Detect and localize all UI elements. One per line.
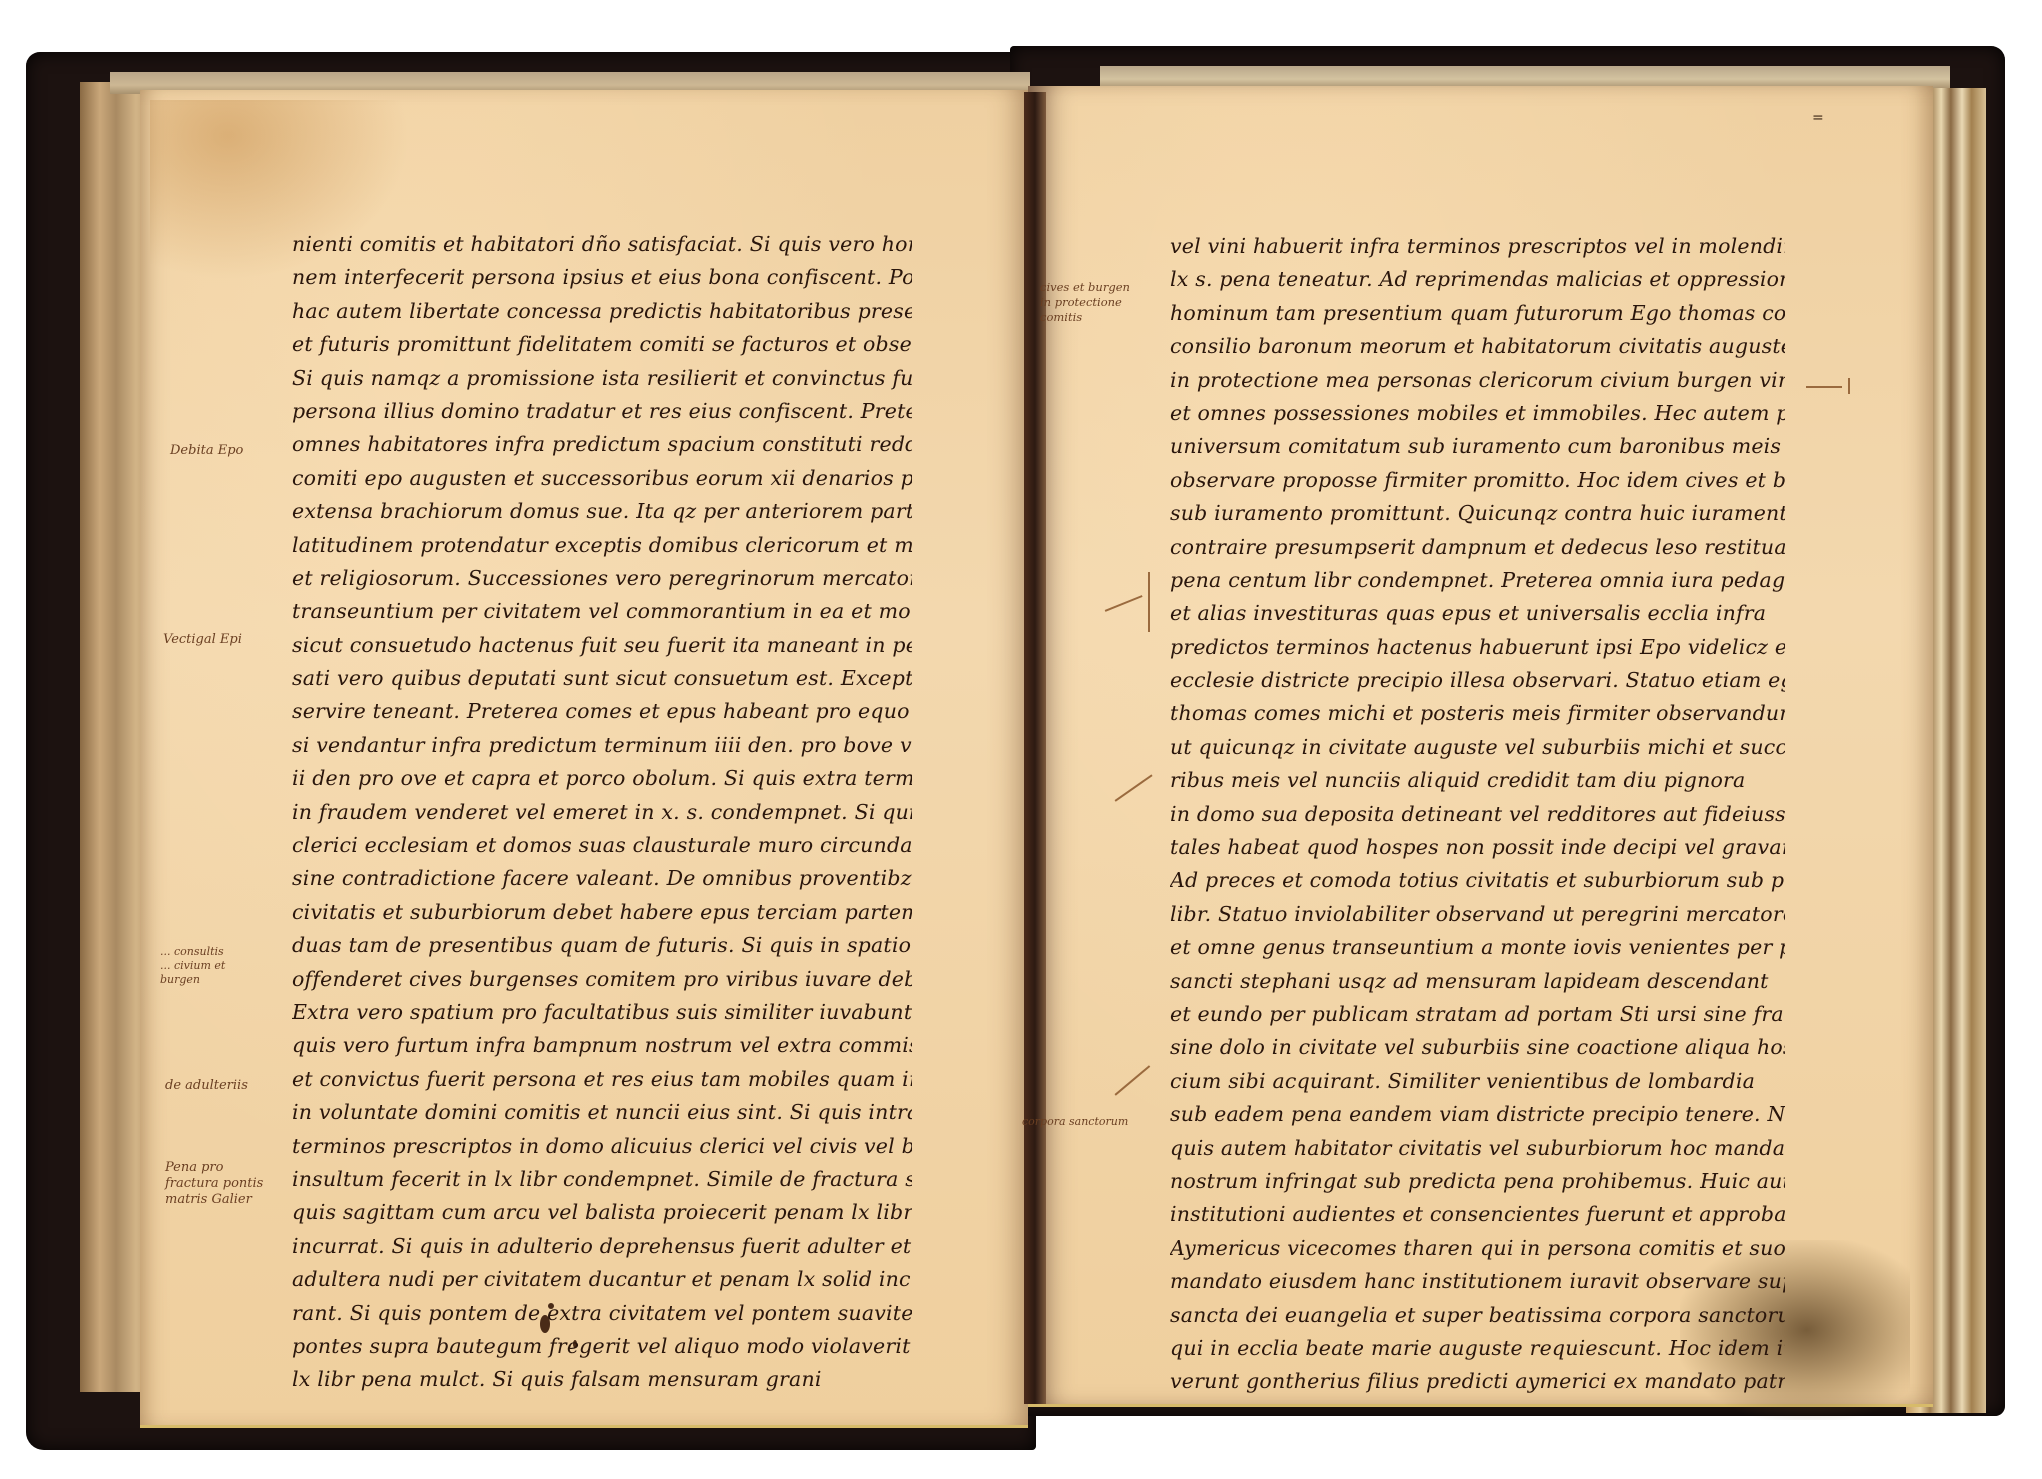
text-line: tales habeat quod hospes non possit inde… [1170,831,1785,864]
text-line: sine dolo in civitate vel suburbiis sine… [1170,1031,1785,1064]
text-line: extensa brachiorum domus sue. Ita qz per… [292,495,912,528]
text-line: lx libr pena mulct. Si quis falsam mensu… [292,1363,912,1396]
margin-note-pena-pro-fractura: Pena pro fractura pontis matris Galier [165,1160,263,1208]
text-line: et futuris promittunt fidelitatem comiti… [292,328,912,361]
text-line: transeuntium per civitatem vel commorant… [292,595,912,628]
text-line: persona illius domino tradatur et res ei… [292,395,912,428]
text-line: libr. Statuo inviolabiliter observand ut… [1170,898,1785,931]
text-line: Aymericus vicecomes tharen qui in person… [1170,1232,1785,1265]
text-line: sine contradictione facere valeant. De o… [292,862,912,895]
text-line: sancti stephani usqz ad mensuram lapidea… [1170,965,1785,998]
text-line: latitudinem protendatur exceptis domibus… [292,529,912,562]
text-line: in voluntate domini comitis et nuncii ei… [292,1096,912,1129]
right-page-text: vel vini habuerit infra terminos prescri… [1170,230,1785,1399]
text-line: vel vini habuerit infra terminos prescri… [1170,230,1785,263]
margin-pen-mark [1848,378,1850,394]
text-line: incurrat. Si quis in adulterio deprehens… [292,1230,912,1263]
text-line: sub iuramento promittunt. Quicunqz contr… [1170,497,1785,530]
margin-note-burgen: ... consultis ... civium et burgen [160,945,225,987]
text-line: in fraudem venderet vel emeret in x. s. … [292,796,912,829]
text-line: Extra vero spatium pro facultatibus suis… [292,996,912,1029]
text-line: nem interfecerit persona ipsius et eius … [292,261,912,294]
text-line: qui in ecclia beate marie auguste requie… [1170,1332,1785,1365]
text-line: comiti epo augusten et successoribus eor… [292,462,912,495]
text-line: nienti comitis et habitatori dño satisfa… [292,228,912,261]
text-line: quis vero furtum infra bampnum nostrum v… [292,1029,912,1062]
text-line: quis autem habitator civitatis vel subur… [1170,1132,1785,1165]
text-line: clerici ecclesiam et domos suas claustur… [292,829,912,862]
text-line: cium sibi acquirant. Similiter venientib… [1170,1065,1785,1098]
text-line: et alias investituras quas epus et unive… [1170,597,1785,630]
text-line: institutioni audientes et consencientes … [1170,1198,1785,1231]
margin-pen-mark [1806,386,1842,388]
left-page-text: nienti comitis et habitatori dño satisfa… [292,228,912,1397]
page-edges-top-right [1100,66,1950,88]
text-line: thomas comes michi et posteris meis firm… [1170,697,1785,730]
text-line: ut quicunqz in civitate auguste vel subu… [1170,731,1785,764]
text-line: pontes supra bautegum fregerit vel aliqu… [292,1330,912,1363]
text-line: rant. Si quis pontem de extra civitatem … [292,1297,912,1330]
text-line: consilio baronum meorum et habitatorum c… [1170,330,1785,363]
text-line: pena centum libr condempnet. Preterea om… [1170,564,1785,597]
text-line: sicut consuetudo hactenus fuit seu fueri… [292,629,912,662]
text-line: et omne genus transeuntium a monte iovis… [1170,931,1785,964]
text-line: contraire presumpserit dampnum et dedecu… [1170,531,1785,564]
text-line: hac autem libertate concessa predictis h… [292,295,912,328]
text-line: si vendantur infra predictum terminum ii… [292,729,912,762]
text-line: sub eadem pena eandem viam districte pre… [1170,1098,1785,1131]
text-line: duas tam de presentibus quam de futuris.… [292,929,912,962]
margin-note-debita: Debita Epo [170,443,243,459]
margin-note-protectione: cives et burgen in protectione comitis [1040,280,1130,325]
margin-bracket [1148,572,1150,632]
text-line: insultum fecerit in lx libr condempnet. … [292,1163,912,1196]
text-line: observare proposse firmiter promitto. Ho… [1170,464,1785,497]
text-line: et omnes possessiones mobiles et immobil… [1170,397,1785,430]
text-line: nostrum infringat sub predicta pena proh… [1170,1165,1785,1198]
text-line: omnes habitatores infra predictum spaciu… [292,428,912,461]
text-line: adultera nudi per civitatem ducantur et … [292,1263,912,1296]
text-line: ribus meis vel nunciis aliquid credidit … [1170,764,1785,797]
text-line: in domo sua deposita detineant vel reddi… [1170,798,1785,831]
text-line: mandato eiusdem hanc institutionem iurav… [1170,1265,1785,1298]
text-line: et religiosorum. Successiones vero pereg… [292,562,912,595]
text-line: ecclesie districte precipio illesa obser… [1170,664,1785,697]
margin-note-vectigal: Vectigal Epi [163,632,242,648]
text-line: verunt gontherius filius predicti aymeri… [1170,1365,1785,1398]
text-line: terminos prescriptos in domo alicuius cl… [292,1130,912,1163]
text-line: civitatis et suburbiorum debet habere ep… [292,896,912,929]
text-line: Si quis namqz a promissione ista resilie… [292,362,912,395]
text-line: sati vero quibus deputati sunt sicut con… [292,662,912,695]
margin-note-corpora-sanctorum: corpora sanctorum [1022,1114,1128,1130]
margin-note-adulteriis: de adulteriis [165,1078,248,1094]
text-line: Ad preces et comoda totius civitatis et … [1170,864,1785,897]
text-line: sancta dei euangelia et super beatissima… [1170,1299,1785,1332]
text-line: quis sagittam cum arcu vel balista proie… [292,1196,912,1229]
text-line: hominum tam presentium quam futurorum Eg… [1170,297,1785,330]
text-line: et convictus fuerit persona et res eius … [292,1063,912,1096]
text-line: et eundo per publicam stratam ad portam … [1170,998,1785,1031]
text-line: servire teneant. Preterea comes et epus … [292,695,912,728]
text-line: offenderet cives burgenses comitem pro v… [292,963,912,996]
text-line: predictos terminos hactenus habuerunt ip… [1170,631,1785,664]
text-line: in protectione mea personas clericorum c… [1170,364,1785,397]
text-line: lx s. pena teneatur. Ad reprimendas mali… [1170,263,1785,296]
folio-mark: = [1812,110,1824,126]
text-line: ii den pro ove et capra et porco obolum.… [292,762,912,795]
text-line: universum comitatum sub iuramento cum ba… [1170,430,1785,463]
